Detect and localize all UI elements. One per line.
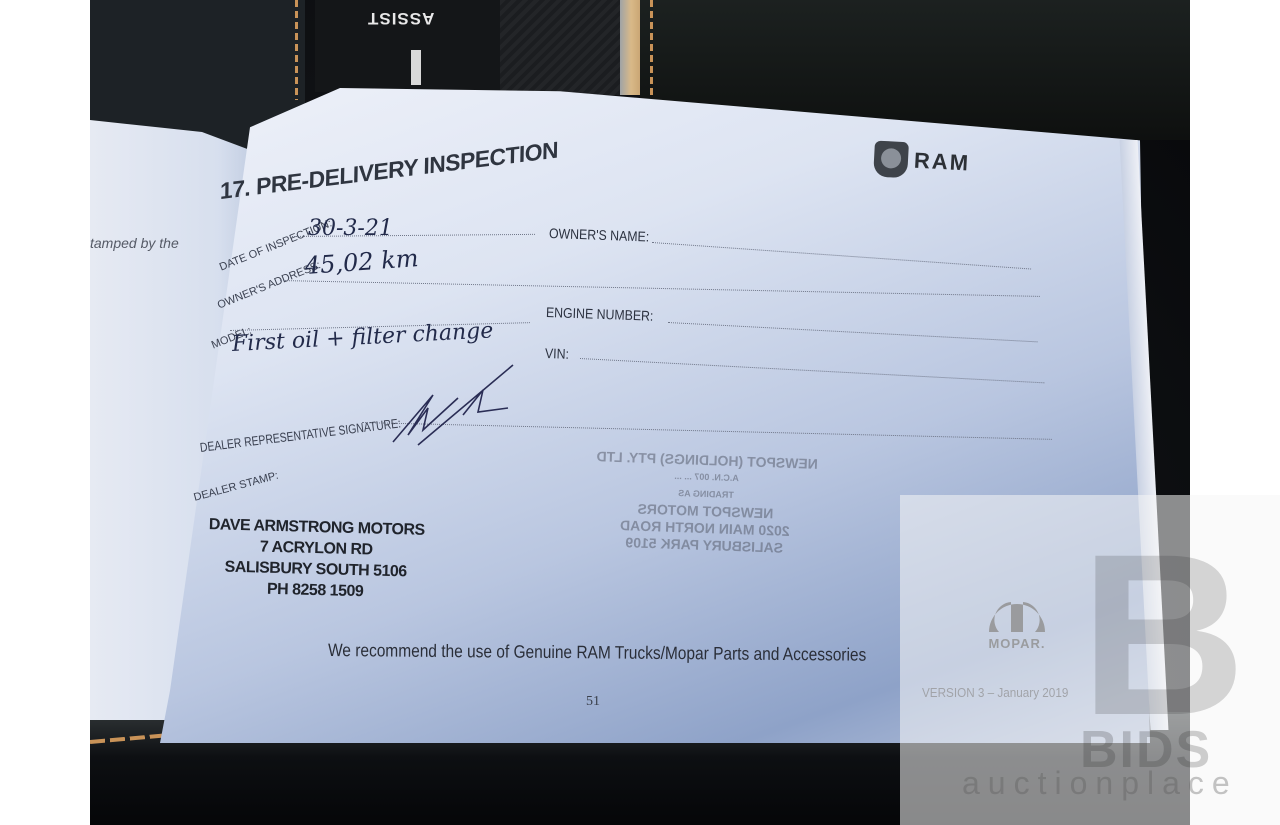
ram-logo: RAM [873,141,971,182]
page-number: 51 [586,694,600,710]
ram-wordmark: RAM [913,148,970,177]
recommendation-text: We recommend the use of Genuine RAM Truc… [328,640,866,666]
engine-number-label: ENGINE NUMBER: [546,304,654,324]
signature-scribble [388,360,518,450]
vin-label: VIN: [545,345,570,362]
model-value: First oil + filter change [231,318,494,357]
owners-name-label: OWNER'S NAME: [549,225,650,244]
dealer-stamp-label: DEALER STAMP: [192,470,279,504]
watermark-tagline: auctionplace [962,765,1238,802]
owners-address-value: 45,02 km [304,244,419,280]
vin-line [580,358,1044,383]
ram-head-icon [873,141,909,179]
watermark-letter: B [1080,520,1246,750]
section-title: 17. PRE-DELIVERY INSPECTION [220,136,558,205]
engine-number-line [668,322,1038,342]
dealer-stamp: DAVE ARMSTRONG MOTORS 7 ACRYLON RD SALIS… [207,514,425,604]
address-line [280,280,1040,297]
show-through-stamp: NEWSPOT (HOLDINGS) PTY. LTD A.C.N. 007 .… [593,448,818,558]
owners-name-line [652,242,1031,270]
date-of-inspection-value: 30-3-21 [308,216,393,241]
